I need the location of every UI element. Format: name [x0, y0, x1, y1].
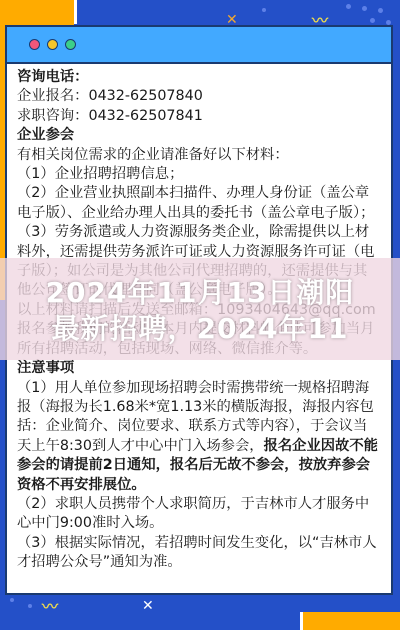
- zigzag-icon: 〰: [42, 594, 56, 617]
- enterprise-item-1: （1）企业招聘招聘信息；: [17, 165, 381, 184]
- decor-dot: [346, 4, 351, 9]
- notes-item-2: （2）求职人员携带个人求职简历，于吉林市人才服务中心中门9:00准时入场。: [17, 495, 381, 534]
- enterprise-item-2: （2）企业营业执照副本扫描件、办理人身份证（盖公章电子版）、企业给办理人出具的委…: [17, 184, 381, 223]
- close-dot-icon: [29, 39, 40, 50]
- notes-title: 注意事项: [17, 359, 381, 378]
- notes-item-3: （3）根据实际情况，若招聘时间发生变化，以“吉林市人才招聘公众号”通知为准。: [17, 534, 381, 573]
- notes-item-1: （1）用人单位参加现场招聘会时需携带统一规格招聘海报（海报为长1.68米*宽1.…: [17, 379, 381, 495]
- decor-dot: [10, 598, 14, 602]
- minimize-dot-icon: [47, 39, 58, 50]
- headline-line-2: 最新招聘，2024年11: [0, 311, 400, 347]
- contact-title: 咨询电话：: [17, 68, 381, 87]
- decor-white-strip: [74, 0, 77, 24]
- maximize-dot-icon: [65, 39, 76, 50]
- company-phone: 企业报名：0432-62507840: [17, 87, 381, 106]
- window-titlebar: [7, 27, 391, 64]
- decor-dot: [262, 8, 266, 12]
- headline-line-1: 2024年11月13日潮阳: [0, 275, 400, 311]
- enterprise-title: 企业参会: [17, 126, 381, 145]
- cross-icon: ✕: [142, 598, 154, 614]
- decor-dot: [362, 6, 367, 11]
- headline: 2024年11月13日潮阳 最新招聘，2024年11: [0, 275, 400, 347]
- decor-dot: [28, 604, 32, 608]
- decor-orange-block: [303, 612, 400, 630]
- enterprise-intro: 有相关岗位需求的企业请准备好以下材料：: [17, 146, 381, 165]
- jobseeker-phone: 求职咨询：0432-62507841: [17, 107, 381, 126]
- decor-dot: [370, 18, 375, 23]
- decor-dot: [378, 8, 383, 13]
